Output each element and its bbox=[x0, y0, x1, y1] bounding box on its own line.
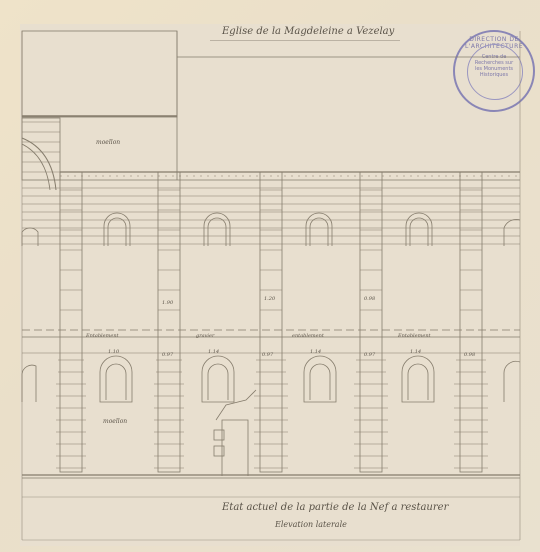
lower-fill-label: moellon bbox=[103, 418, 127, 425]
caption-line-1: Etat actuel de la partie de la Nef a res… bbox=[222, 502, 448, 513]
pillar-dim-lower-5: 1.14 bbox=[310, 349, 321, 355]
pillar-dim-upper-3: 0.98 bbox=[364, 296, 375, 302]
upper-fill-label: moellon bbox=[96, 139, 120, 146]
pillar-dim-lower-7: 1.14 bbox=[410, 349, 421, 355]
pillar-dim-lower-8: 0.98 bbox=[464, 352, 475, 358]
pillar-dim-lower-1: 1.10 bbox=[108, 349, 119, 355]
caption-line-2: Elevation laterale bbox=[275, 520, 347, 529]
string-course-label-1: Entablement bbox=[86, 333, 119, 339]
string-course-label-4: Entablement bbox=[398, 333, 431, 339]
pillar-dim-lower-4: 0.97 bbox=[262, 352, 273, 358]
pillar-dim-upper-2: 1.20 bbox=[264, 296, 275, 302]
pillar-dim-upper-1: 1.90 bbox=[162, 300, 173, 306]
pillar-dim-lower-3: 1.14 bbox=[208, 349, 219, 355]
string-course-label-2: gravier bbox=[196, 333, 214, 339]
pillar-dim-lower-2: 0.97 bbox=[162, 352, 173, 358]
pillar-dim-lower-6: 0.97 bbox=[364, 352, 375, 358]
string-course-label-3: entablement bbox=[292, 333, 324, 339]
elevation-drawing bbox=[0, 0, 540, 552]
